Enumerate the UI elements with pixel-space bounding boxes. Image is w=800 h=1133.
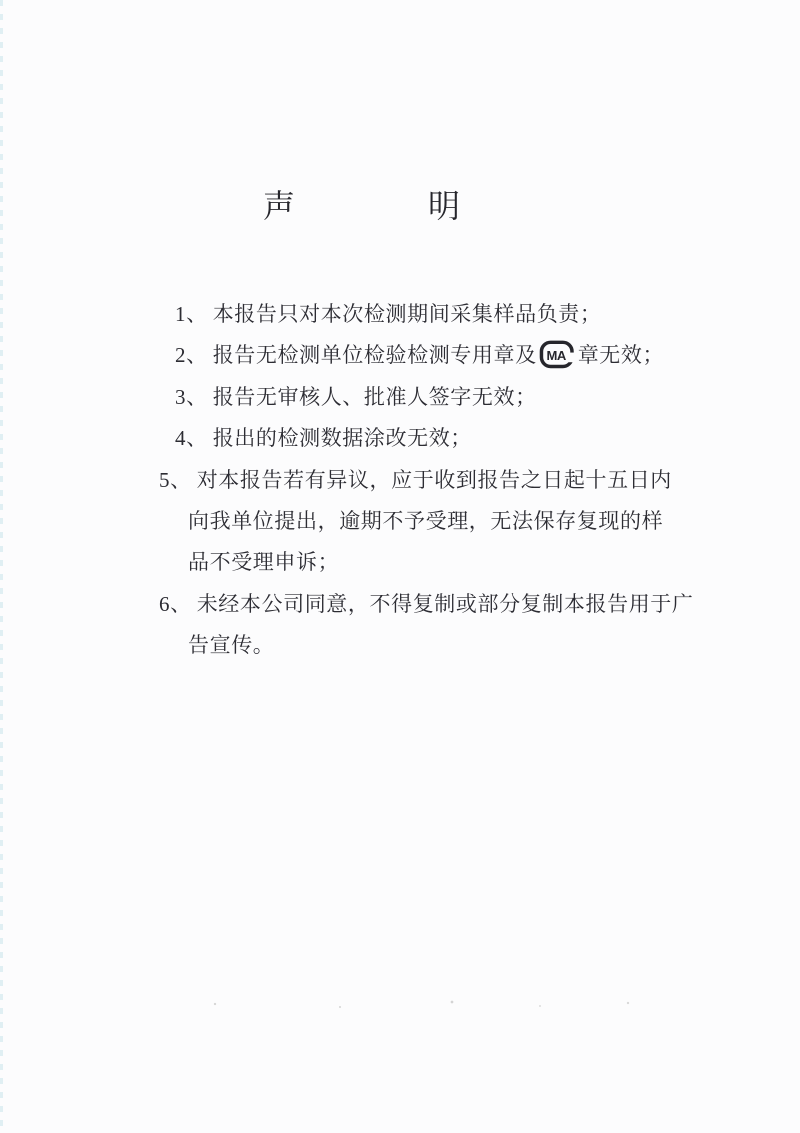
- item-number: 1、: [175, 302, 208, 326]
- statement-item-6: 6、未经本公司同意，不得复制或部分复制本报告用于广 告宣传。: [0, 584, 800, 667]
- statement-item-1: 1、本报告只对本次检测期间采集样品负责；: [0, 294, 800, 335]
- cma-certification-mark-icon: MA: [539, 340, 576, 369]
- statement-line: 6、未经本公司同意，不得复制或部分复制本报告用于广: [0, 584, 800, 625]
- statement-line: 告宣传。: [0, 625, 800, 666]
- statement-item-5: 5、对本报告若有异议，应于收到报告之日起十五日内 向我单位提出，逾期不予受理，无…: [0, 460, 800, 584]
- item-text: 报出的检测数据涂改无效；: [213, 426, 472, 450]
- item-text: 报告无审核人、批准人签字无效；: [213, 385, 537, 409]
- statement-line: 5、对本报告若有异议，应于收到报告之日起十五日内: [0, 460, 800, 501]
- item-number: 5、: [159, 468, 192, 492]
- statement-item-4: 4、报出的检测数据涂改无效；: [0, 418, 800, 459]
- item-number: 6、: [159, 592, 192, 616]
- item-text: 对本报告若有异议，应于收到报告之日起十五日内: [197, 468, 672, 492]
- scan-noise: [0, 998, 800, 1012]
- document-page: 声 明 1、本报告只对本次检测期间采集样品负责； 2、报告无检测单位检验检测专用…: [0, 0, 800, 1133]
- cma-mark-label: MA: [546, 348, 566, 363]
- statement-line: 品不受理申诉；: [0, 542, 800, 583]
- item-text: 未经本公司同意，不得复制或部分复制本报告用于广: [197, 592, 694, 616]
- page-title-char-left: 声: [263, 188, 295, 224]
- statement-list: 1、本报告只对本次检测期间采集样品负责； 2、报告无检测单位检验检测专用章及 M…: [0, 294, 800, 667]
- statement-line: 向我单位提出，逾期不予受理，无法保存复现的样: [0, 501, 800, 542]
- item-number: 3、: [175, 385, 208, 409]
- page-title-char-right: 明: [428, 188, 460, 224]
- item-text: 本报告只对本次检测期间采集样品负责；: [213, 302, 602, 326]
- statement-item-3: 3、报告无审核人、批准人签字无效；: [0, 377, 800, 418]
- item-text: 报告无检测单位检验检测专用章及: [213, 343, 537, 367]
- item-number: 4、: [175, 426, 208, 450]
- item-number: 2、: [175, 343, 208, 367]
- statement-item-2: 2、报告无检测单位检验检测专用章及 MA 章无效；: [0, 335, 800, 376]
- item-text: 章无效；: [578, 343, 664, 367]
- page-title: 声 明: [263, 188, 460, 224]
